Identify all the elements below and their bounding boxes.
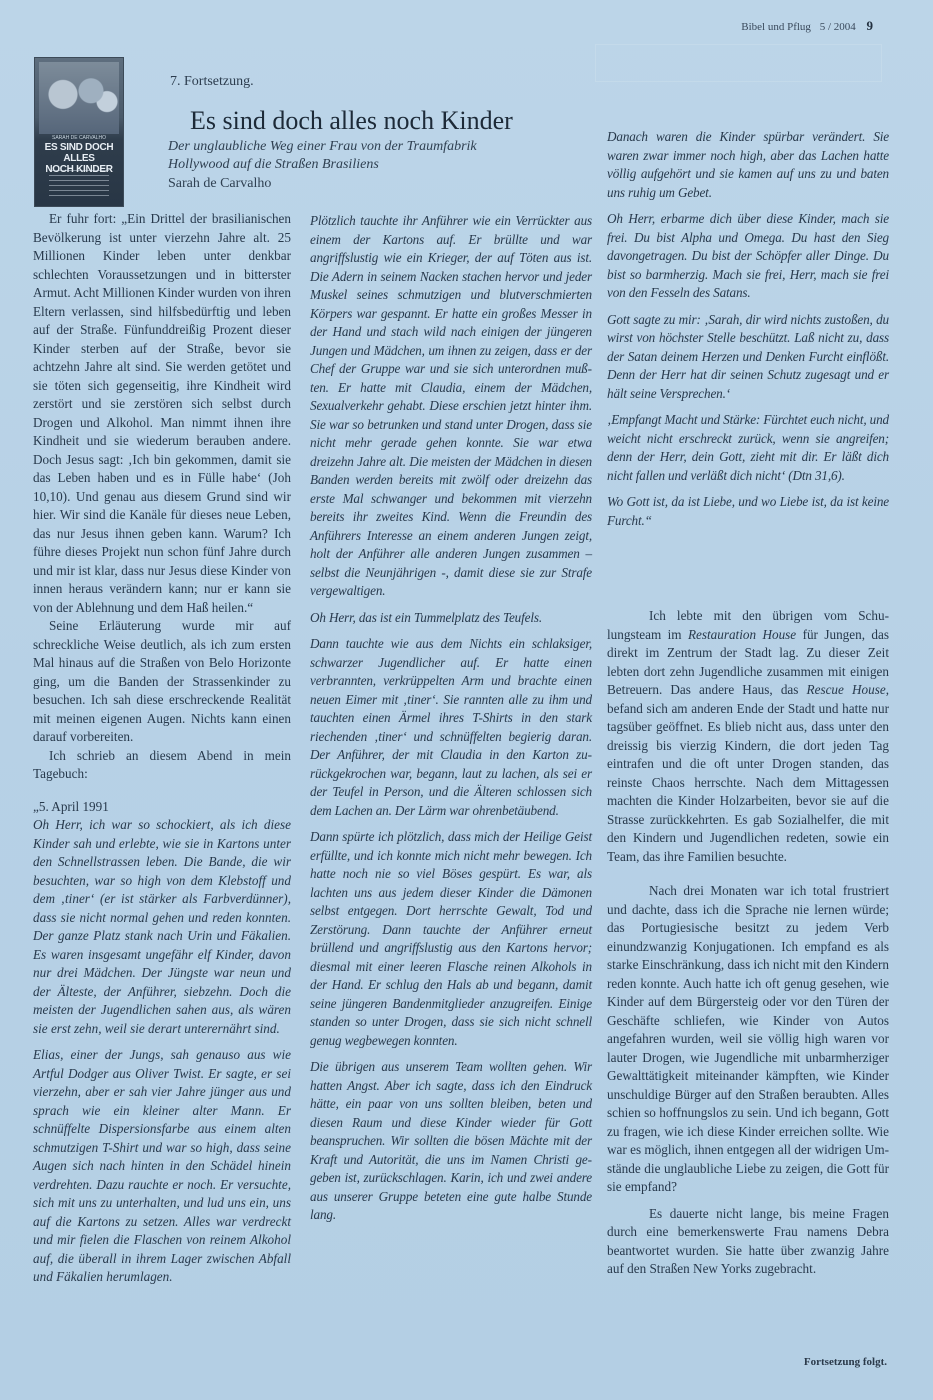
magazine-page: Bibel und Pflug 5 / 2004 9 SARAH DE CARV…	[0, 0, 933, 1400]
diary-paragraph: Elias, einer der Jungs, sah genauso aus …	[33, 1046, 291, 1287]
installment-label: 7. Fortsetzung.	[170, 74, 254, 90]
article-subtitle: Der unglaubliche Weg einer Frau von der …	[168, 138, 568, 174]
cover-title-line1: ES SIND DOCH ALLES	[37, 142, 121, 164]
text-column-3-narrative: Ich lebte mit den übrigen vom Schu­lungs…	[607, 607, 889, 1279]
text-column-1: Er fuhr fort: „Ein Drittel der brasilia­…	[33, 210, 291, 1287]
house-name: Rescue House	[807, 682, 886, 697]
diary-paragraph: Oh Herr, erbarme dich über diese Kinder,…	[607, 210, 889, 303]
subtitle-line2: Hollywood auf die Straßen Brasiliens	[168, 156, 568, 174]
paragraph: Ich lebte mit den übrigen vom Schu­lungs…	[607, 607, 889, 866]
diary-paragraph: ‚Empfangt Macht und Stärke: Fürchtet euc…	[607, 411, 889, 485]
text-column-3-diary: Danach waren die Kinder spürbar verän­de…	[607, 128, 889, 530]
subtitle-line1: Der unglaubliche Weg einer Frau von der …	[168, 138, 568, 156]
diary-date: „5. April 1991	[33, 798, 291, 817]
diary-paragraph: Oh Herr, das ist ein Tummelplatz des Teu…	[310, 609, 592, 628]
continued-note: Fortsetzung folgt.	[804, 1356, 887, 1368]
cover-blurb	[49, 170, 109, 200]
cover-photo	[39, 62, 119, 134]
diary-paragraph: Gott sagte zu mir: ‚Sarah, dir wird nich…	[607, 311, 889, 404]
diary-paragraph: Dann tauchte wie aus dem Nichts ein schl…	[310, 635, 592, 820]
diary-paragraph: Plötzlich tauchte ihr Anführer wie ein V…	[310, 212, 592, 601]
paragraph: Es dauerte nicht lange, bis meine Fra­ge…	[607, 1205, 889, 1279]
diary-paragraph: Danach waren die Kinder spürbar verän­de…	[607, 128, 889, 202]
diary-paragraph: Dann spürte ich plötzlich, dass mich der…	[310, 828, 592, 1050]
article-title: Es sind doch alles noch Kinder	[190, 106, 513, 136]
publication-name: Bibel und Pflug	[741, 21, 811, 33]
paragraph: Ich schrieb an diesem Abend in mein Tage…	[33, 747, 291, 784]
running-header: Bibel und Pflug 5 / 2004 9	[741, 18, 873, 34]
text-span: , befand sich am anderen Ende der Stadt …	[607, 682, 889, 864]
cover-author: SARAH DE CARVALHO	[39, 135, 119, 140]
paragraph: Nach drei Monaten war ich total fru­stri…	[607, 882, 889, 1197]
issue-number: 5 / 2004	[820, 21, 856, 33]
house-name: Restauration House	[688, 627, 796, 642]
paragraph: Er fuhr fort: „Ein Drittel der brasilia­…	[33, 210, 291, 617]
bleed-through-box	[595, 44, 882, 82]
article-author: Sarah de Carvalho	[168, 176, 271, 192]
diary-paragraph: Oh Herr, ich war so schockiert, als ich …	[33, 816, 291, 1038]
diary-paragraph: Wo Gott ist, da ist Liebe, und wo Liebe …	[607, 493, 889, 530]
page-number: 9	[867, 18, 874, 33]
paragraph: Seine Erläuterung wurde mir auf schreckl…	[33, 617, 291, 747]
diary-paragraph: Die übrigen aus unserem Team wollten ge­…	[310, 1058, 592, 1225]
text-column-2: Plötzlich tauchte ihr Anführer wie ein V…	[310, 212, 592, 1225]
book-cover-image: SARAH DE CARVALHO ES SIND DOCH ALLES NOC…	[35, 58, 123, 206]
